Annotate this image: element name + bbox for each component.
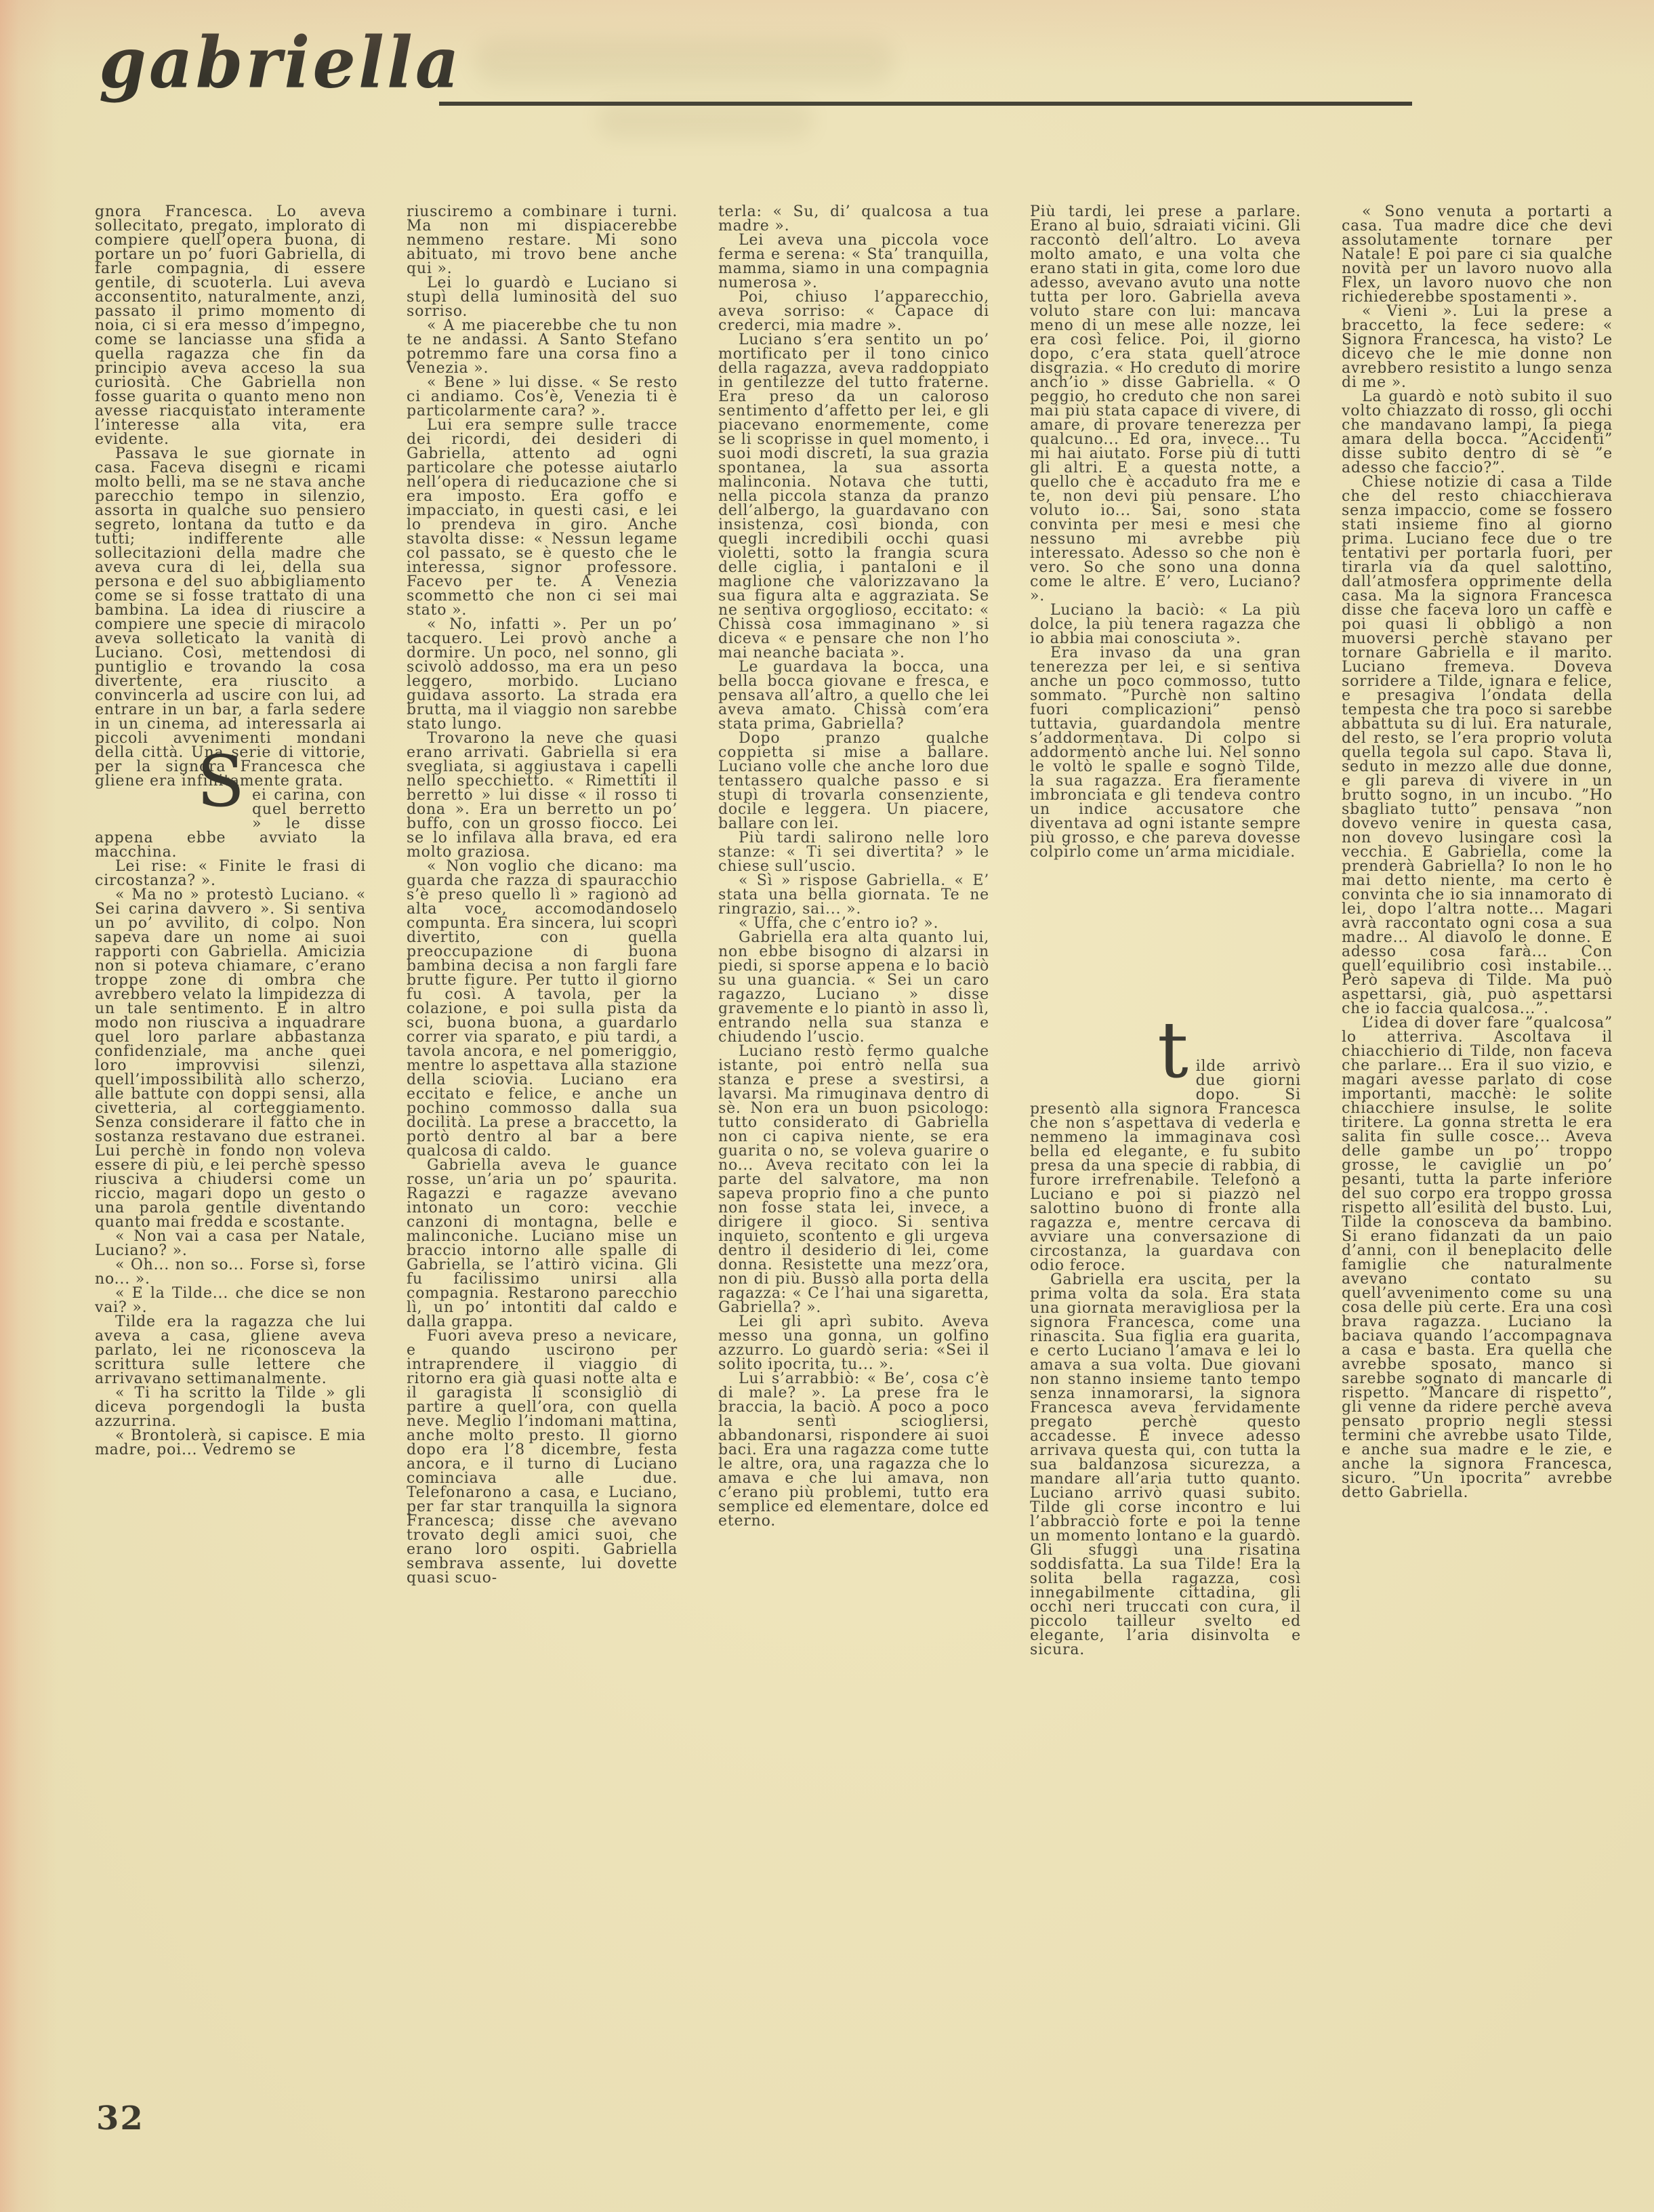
paragraph: Lei aveva una piccola voce ferma e seren… xyxy=(718,233,989,290)
paragraph: « A me piacerebbe che tu non te ne andas… xyxy=(407,319,678,375)
text-column-3: terla: « Su, di’ qualcosa a tua madre ».… xyxy=(718,205,989,1994)
paragraph: Gabriella era uscita, per la prima volta… xyxy=(1030,1273,1301,1657)
paragraph: Passava le sue giornate in casa. Faceva … xyxy=(95,447,366,788)
bleed-through-artifact xyxy=(596,102,813,140)
magazine-page: { "page": { "title": "gabriella", "page_… xyxy=(0,0,1654,2212)
paragraph: « Uffa, che c’entro io? ». xyxy=(718,916,989,930)
paragraph: « No, infatti ». Per un po’ tacquero. Le… xyxy=(407,617,678,731)
paragraph: Era invaso da una gran tenerezza per lei… xyxy=(1030,646,1301,859)
paragraph: riusciremo a combinare i turni. Ma non m… xyxy=(407,205,678,276)
paragraph: Più tardi, lei prese a parlare. Erano al… xyxy=(1030,205,1301,603)
paragraph: Lei gli aprì subito. Aveva messo una gon… xyxy=(718,1315,989,1372)
dropcap-s: S xyxy=(197,788,245,819)
paragraph: Luciano restò fermo qualche istante, poi… xyxy=(718,1044,989,1315)
paragraph: Le guardava la bocca, una bella bocca gi… xyxy=(718,660,989,731)
paragraph: La guardò e notò subito il suo volto chi… xyxy=(1342,390,1613,475)
paragraph: terla: « Su, di’ qualcosa a tua madre ». xyxy=(718,205,989,233)
paragraph: « Ma no » protestò Luciano. « Sei carina… xyxy=(95,888,366,1229)
paragraph: « Brontolerà, si capisce. E mia madre, p… xyxy=(95,1429,366,1457)
bleed-through-artifact xyxy=(474,37,894,85)
page-title: gabriella xyxy=(99,27,462,98)
page-number: 32 xyxy=(96,2100,144,2137)
paragraph: « Oh... non so... Forse sì, forse no... … xyxy=(95,1258,366,1286)
paragraph: gnora Francesca. Lo aveva sollecitato, p… xyxy=(95,205,366,447)
dropcap-spacer xyxy=(95,788,197,819)
paragraph: « Non voglio che dicano: ma guarda che r… xyxy=(407,859,678,1158)
paragraph: « Sono venuta a portarti a casa. Tua mad… xyxy=(1342,205,1613,304)
paragraph: Lei rise: « Finite le frasi di circostan… xyxy=(95,859,366,888)
paragraph: « E la Tilde... che dice se non vai? ». xyxy=(95,1286,366,1315)
paragraph: « Ti ha scritto la Tilde » gli diceva po… xyxy=(95,1386,366,1429)
paragraph: « Vieni ». Lui la prese a braccetto, la … xyxy=(1342,304,1613,390)
paragraph: Gabriella aveva le guance rosse, un’aria… xyxy=(407,1158,678,1329)
dropcap-spacer xyxy=(1030,1059,1157,1090)
paragraph-dropcap-t: tilde arrivò due giorni dopo. Si present… xyxy=(1030,1059,1301,1273)
paragraph: Luciano s’era sentito un po’ mortificato… xyxy=(718,333,989,660)
paragraph: Tilde era la ragazza che lui aveva a cas… xyxy=(95,1315,366,1386)
paragraph: Luciano la baciò: « La più dolce, la più… xyxy=(1030,603,1301,646)
paragraph-dropcap-s: Sei carina, con quel berretto » le disse… xyxy=(95,788,366,859)
paragraph: « Sì » rispose Gabriella. « E’ stata una… xyxy=(718,874,989,916)
text-column-5: « Sono venuta a portarti a casa. Tua mad… xyxy=(1342,205,1613,1994)
text-column-1: gnora Francesca. Lo aveva sollecitato, p… xyxy=(95,205,366,1994)
paragraph: Lui s’arrabbiò: « Be’, cosa c’è di male?… xyxy=(718,1372,989,1528)
paragraph: Gabriella era alta quanto lui, non ebbe … xyxy=(718,930,989,1044)
paragraph: L’idea di dover fare ”qualcosa” lo atter… xyxy=(1342,1016,1613,1500)
paragraph: Lui era sempre sulle tracce dei ricordi,… xyxy=(407,418,678,617)
paragraph: Dopo pranzo qualche coppietta si mise a … xyxy=(718,731,989,831)
paragraph: Trovarono la neve che quasi erano arriva… xyxy=(407,731,678,859)
dropcap-t: t xyxy=(1157,1059,1189,1090)
paragraph: Fuori aveva preso a nevicare, e quando u… xyxy=(407,1329,678,1585)
paragraph: « Non vai a casa per Natale, Luciano? ». xyxy=(95,1229,366,1258)
text-column-2: riusciremo a combinare i turni. Ma non m… xyxy=(407,205,678,1994)
paragraph: Più tardi salirono nelle loro stanze: « … xyxy=(718,831,989,874)
title-rule xyxy=(439,102,1412,106)
paragraph: Poi, chiuso l’apparecchio, aveva sorriso… xyxy=(718,290,989,333)
paragraph: Lei lo guardò e Luciano si stupì della l… xyxy=(407,276,678,319)
paragraph: Chiese notizie di casa a Tilde che del r… xyxy=(1342,475,1613,1016)
paragraph: « Bene » lui disse. « Se resto ci andiam… xyxy=(407,375,678,418)
text-column-4: Più tardi, lei prese a parlare. Erano al… xyxy=(1030,205,1301,1994)
